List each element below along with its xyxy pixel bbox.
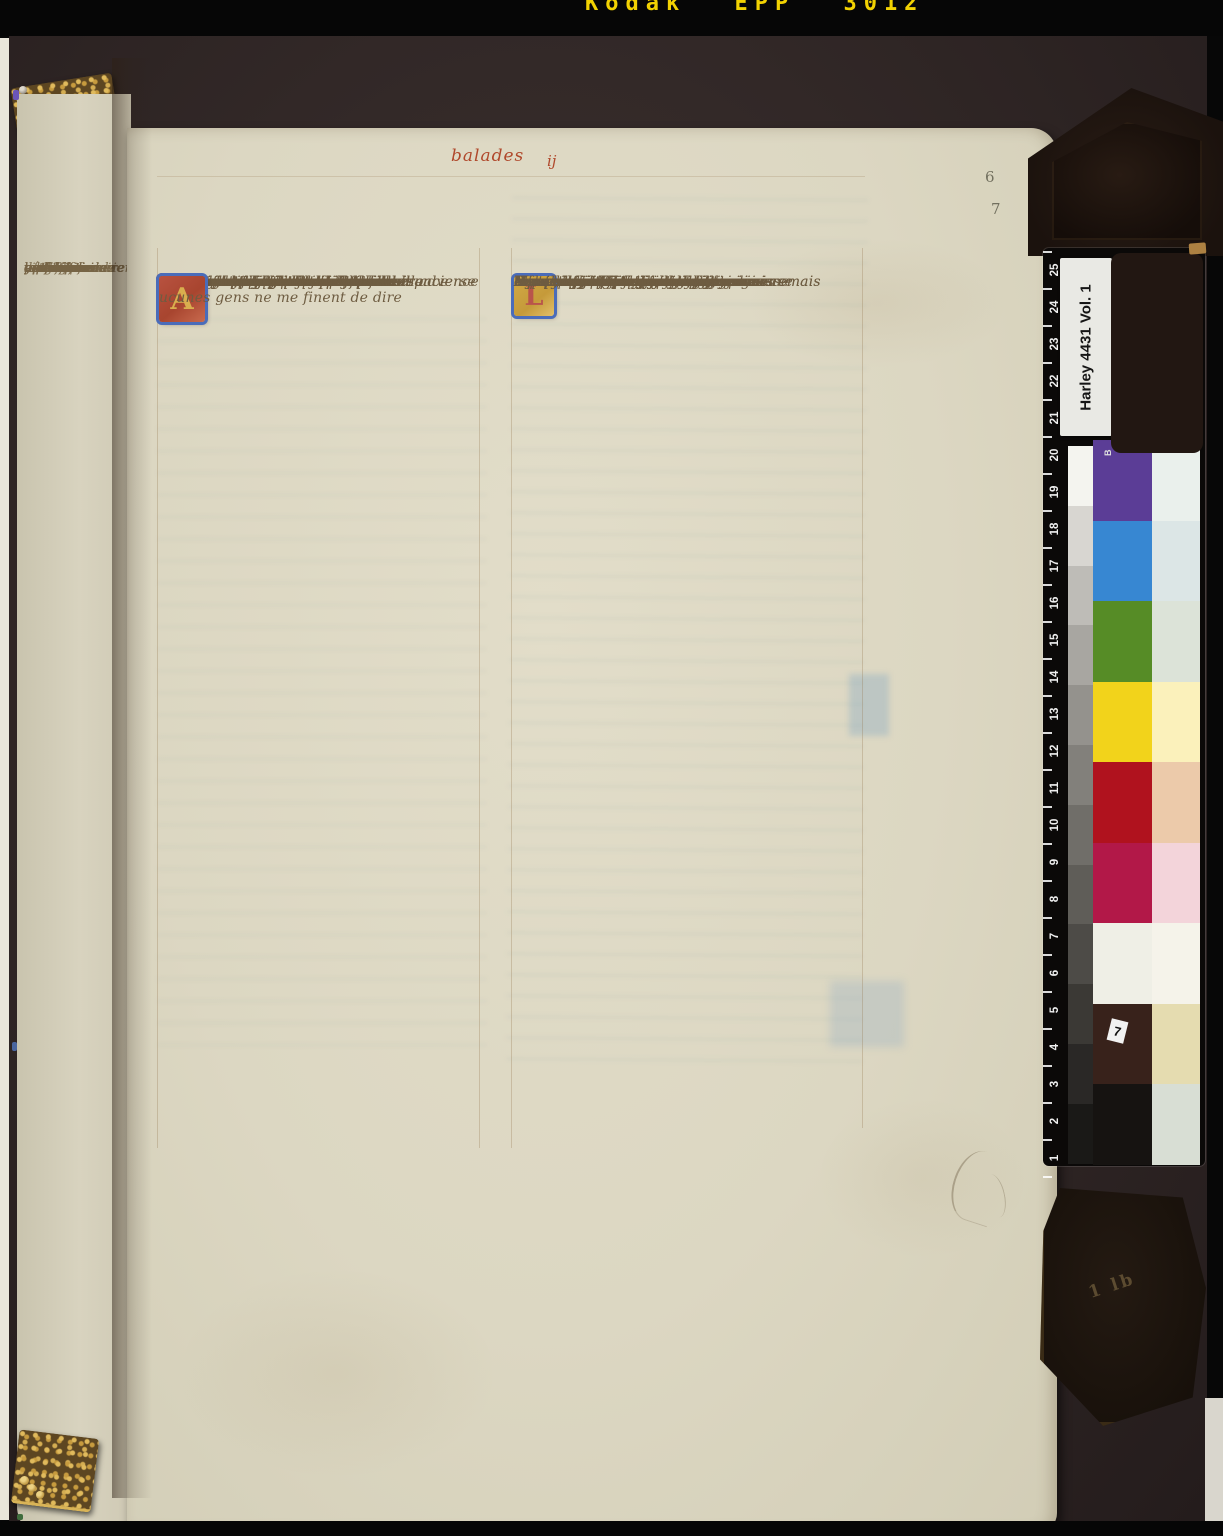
scan-bottom-edge [0,1521,1223,1536]
parchment-stain [177,1268,497,1478]
manuscript-photograph: Kodak EPP 3012 nouvreevé tavevicet tavis… [0,0,1223,1536]
leather-strap-end [1189,242,1207,254]
verse-line: Noncques puis je noz vouloir [514,274,712,295]
showthrough-text [157,318,487,1058]
showthrough-initial [849,674,889,736]
gold-bead [28,1484,36,1492]
film-blemish [17,1514,23,1520]
ruling-line [479,248,480,1148]
dark-reference-patch [1111,253,1203,453]
ruling-line [862,248,863,1128]
gold-endband-bottom [11,1429,99,1512]
verse-line: ucunes gens ne me finent de dire [159,274,402,295]
weight-stamp: 1 lb [1086,1269,1138,1303]
tint-patch [1152,601,1200,682]
color-calibration-bar: RD RSI 252423222120191817161514131211109… [1043,248,1205,1166]
parchment-stain [747,238,1007,368]
gutter-fragment: up fier [24,258,67,280]
film-blemish [13,90,19,100]
tint-patch [1152,762,1200,843]
gold-bead [36,1491,44,1499]
pearl-bead [19,86,27,94]
ruling-line [157,248,158,1148]
quire-mark: ij [547,152,556,170]
tint-patch [1152,923,1200,1004]
film-edge-label: Kodak EPP 3012 [585,0,924,16]
ruler-tick [1043,1176,1052,1178]
film-blemish [12,1042,17,1051]
running-title: balades [451,146,524,166]
shelfmark-label: Harley 4431 Vol. 1 [1060,258,1112,436]
tint-patch [1152,682,1200,763]
tint-patch [1152,1004,1200,1085]
scan-right-edge [1205,1398,1223,1536]
shelfmark-text: Harley 4431 Vol. 1 [1078,284,1095,410]
film-edge-strip: Kodak EPP 3012 [0,0,1223,36]
folio-number: 7 [991,200,1001,218]
velvet-backdrop: nouvreevé tavevicet tavissea la cuveouvr… [9,36,1207,1522]
folio-number-old: 6 [985,168,995,186]
tint-patch [1152,1084,1200,1165]
scan-left-edge [0,38,9,1520]
showthrough-initial [830,981,904,1047]
manuscript-page: balades ij 6 7 Cest souverain bien que p… [127,128,1057,1533]
facing-page-edge: nouvreevé tavevicet tavissea la cuveouvr… [17,94,131,1536]
gold-bead [20,1476,29,1485]
tint-patch [1152,521,1200,602]
ruling-line [157,176,865,177]
set-off-capital: N [514,274,531,290]
book-weight-stamp-panel [1052,122,1202,240]
tint-patch [1152,843,1200,924]
ruling-line [511,248,512,1148]
